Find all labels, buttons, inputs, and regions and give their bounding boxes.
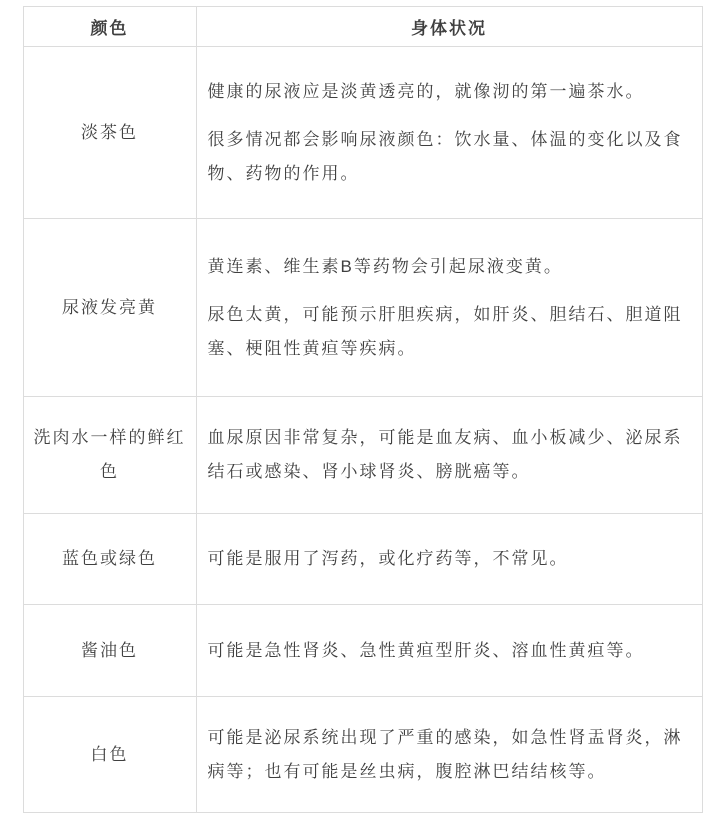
condition-paragraph: 尿色太黄，可能预示肝胆疾病，如肝炎、胆结石、胆道阻塞、梗阻性黄疸等疾病。 xyxy=(208,298,694,366)
condition-cell: 可能是泌尿系统出现了严重的感染，如急性肾盂肾炎，淋病等；也有可能是丝虫病，腹腔淋… xyxy=(196,697,702,813)
color-cell: 洗肉水一样的鲜红色 xyxy=(23,397,196,514)
color-cell: 淡茶色 xyxy=(23,47,196,219)
urine-color-table: 颜色 身体状况 淡茶色 健康的尿液应是淡黄透亮的，就像沏的第一遍茶水。 很多情况… xyxy=(23,6,703,813)
condition-cell: 可能是服用了泻药，或化疗药等，不常见。 xyxy=(196,514,702,605)
header-cell-color: 颜色 xyxy=(23,7,196,47)
condition-paragraph: 黄连素、维生素B等药物会引起尿液变黄。 xyxy=(208,250,694,284)
condition-paragraph: 可能是泌尿系统出现了严重的感染，如急性肾盂肾炎，淋病等；也有可能是丝虫病，腹腔淋… xyxy=(208,721,694,789)
page: 颜色 身体状况 淡茶色 健康的尿液应是淡黄透亮的，就像沏的第一遍茶水。 很多情况… xyxy=(0,0,725,837)
table-row: 洗肉水一样的鲜红色 血尿原因非常复杂，可能是血友病、血小板减少、泌尿系结石或感染… xyxy=(23,397,702,514)
condition-cell: 黄连素、维生素B等药物会引起尿液变黄。 尿色太黄，可能预示肝胆疾病，如肝炎、胆结… xyxy=(196,219,702,397)
condition-cell: 可能是急性肾炎、急性黄疸型肝炎、溶血性黄疸等。 xyxy=(196,605,702,697)
table-row: 蓝色或绿色 可能是服用了泻药，或化疗药等，不常见。 xyxy=(23,514,702,605)
header-cell-condition: 身体状况 xyxy=(196,7,702,47)
condition-paragraph: 可能是急性肾炎、急性黄疸型肝炎、溶血性黄疸等。 xyxy=(208,634,694,668)
table-row: 酱油色 可能是急性肾炎、急性黄疸型肝炎、溶血性黄疸等。 xyxy=(23,605,702,697)
color-cell: 酱油色 xyxy=(23,605,196,697)
condition-paragraph: 血尿原因非常复杂，可能是血友病、血小板减少、泌尿系结石或感染、肾小球肾炎、膀胱癌… xyxy=(208,421,694,489)
color-cell: 尿液发亮黄 xyxy=(23,219,196,397)
condition-cell: 血尿原因非常复杂，可能是血友病、血小板减少、泌尿系结石或感染、肾小球肾炎、膀胱癌… xyxy=(196,397,702,514)
table-row: 尿液发亮黄 黄连素、维生素B等药物会引起尿液变黄。 尿色太黄，可能预示肝胆疾病，… xyxy=(23,219,702,397)
table-row: 白色 可能是泌尿系统出现了严重的感染，如急性肾盂肾炎，淋病等；也有可能是丝虫病，… xyxy=(23,697,702,813)
condition-paragraph: 可能是服用了泻药，或化疗药等，不常见。 xyxy=(208,542,694,576)
condition-paragraph: 很多情况都会影响尿液颜色：饮水量、体温的变化以及食物、药物的作用。 xyxy=(208,123,694,191)
condition-paragraph: 健康的尿液应是淡黄透亮的，就像沏的第一遍茶水。 xyxy=(208,75,694,109)
color-cell: 蓝色或绿色 xyxy=(23,514,196,605)
header-row: 颜色 身体状况 xyxy=(23,7,702,47)
color-cell: 白色 xyxy=(23,697,196,813)
condition-cell: 健康的尿液应是淡黄透亮的，就像沏的第一遍茶水。 很多情况都会影响尿液颜色：饮水量… xyxy=(196,47,702,219)
table-row: 淡茶色 健康的尿液应是淡黄透亮的，就像沏的第一遍茶水。 很多情况都会影响尿液颜色… xyxy=(23,47,702,219)
